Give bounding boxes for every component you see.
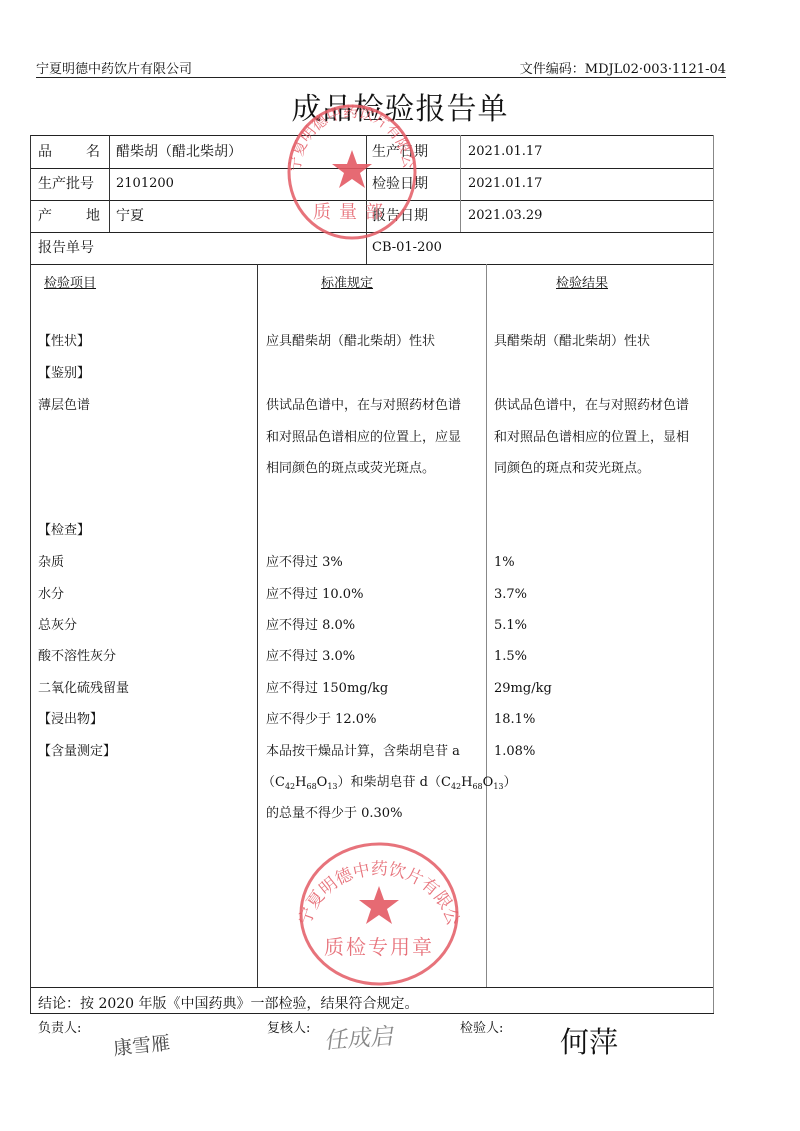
col-divider: [257, 264, 258, 987]
label-char: 名: [86, 144, 100, 160]
origin-label: 产 地: [38, 208, 100, 224]
page-title: 成品检验报告单: [0, 84, 800, 128]
subscript: 42: [451, 782, 461, 791]
label-char: 品: [38, 144, 52, 160]
standard-assay-line: 的总量不得少于 0.30%: [266, 806, 402, 822]
table-border-bottom: [30, 1013, 714, 1014]
standard-total-ash: 应不得过 8.0%: [266, 618, 355, 634]
text-part: H: [295, 775, 306, 790]
standard-tlc-line: 和对照品色谱相应的位置上，应显: [266, 430, 461, 446]
item-identification: 【鉴别】: [38, 366, 90, 382]
inspection-date-value: 2021.01.17: [468, 176, 542, 192]
stamp-center-text: 质检专用章: [324, 935, 434, 959]
stamp-ring-text: 宁夏明德中药饮片有限公司: [294, 836, 463, 928]
report-no-label: 报告单号: [38, 240, 94, 256]
result-moisture: 3.7%: [494, 587, 527, 603]
result-tlc-line: 同颜色的斑点和荧光斑点。: [494, 461, 650, 477]
row-divider: [30, 200, 714, 201]
result-appearance: 具醋柴胡（醋北柴胡）性状: [494, 334, 650, 350]
result-tlc-line: 和对照品色谱相应的位置上，显相: [494, 430, 689, 446]
batch-label: 生产批号: [38, 176, 94, 192]
result-acid-insoluble-ash: 1.5%: [494, 649, 527, 665]
result-impurity: 1%: [494, 555, 515, 571]
column-header-standard: 标准规定: [321, 272, 373, 291]
item-total-ash: 总灰分: [38, 618, 77, 634]
inspection-date-label: 检验日期: [372, 176, 428, 192]
column-header-item: 检验项目: [44, 272, 96, 291]
standard-moisture: 应不得过 10.0%: [266, 587, 363, 603]
col-divider: [486, 264, 487, 987]
result-extract: 18.1%: [494, 712, 535, 728]
header-divider: [36, 77, 726, 78]
result-total-ash: 5.1%: [494, 618, 527, 634]
table-border-left: [30, 135, 31, 1013]
result-so2-residue: 29mg/kg: [494, 681, 552, 697]
conclusion: 结论：按 2020 年版《中国药典》一部检验，结果符合规定。: [38, 993, 419, 1013]
svg-text:宁夏明德中药饮片有限公司: 宁夏明德中药饮片有限公司: [294, 836, 463, 928]
responsible-label: 负责人:: [38, 1017, 81, 1036]
text-part: ）: [504, 775, 517, 790]
table-border-top: [30, 135, 714, 136]
standard-tlc-line: 供试品色谱中，在与对照药材色谱: [266, 398, 461, 414]
subscript: 68: [306, 782, 316, 791]
table-border-right: [713, 135, 714, 1013]
standard-assay-line: 本品按干燥品计算，含柴胡皂苷 a: [266, 744, 460, 760]
text-part: O: [317, 775, 328, 790]
row-divider: [30, 987, 714, 988]
item-acid-insoluble-ash: 酸不溶性灰分: [38, 649, 116, 665]
col-divider: [109, 135, 110, 232]
report-date-label: 报告日期: [372, 208, 428, 224]
item-so2-residue: 二氧化硫残留量: [38, 681, 129, 697]
item-assay: 【含量测定】: [38, 744, 116, 760]
file-code: 文件编码：MDJL02·003·1121-04: [520, 58, 726, 77]
subscript: 13: [327, 782, 337, 791]
subscript: 68: [472, 782, 482, 791]
product-name-label: 品 名: [38, 144, 100, 160]
label-char: 产: [38, 208, 52, 224]
col-divider: [366, 135, 367, 264]
result-assay: 1.08%: [494, 744, 535, 760]
item-tlc: 薄层色谱: [38, 398, 90, 414]
col-divider: [460, 135, 461, 232]
standard-extract: 应不得少于 12.0%: [266, 712, 376, 728]
item-inspection: 【检查】: [38, 523, 90, 539]
inspector-signature: 何萍: [560, 1020, 618, 1061]
standard-impurity: 应不得过 3%: [266, 555, 343, 571]
standard-acid-insoluble-ash: 应不得过 3.0%: [266, 649, 355, 665]
row-divider: [30, 232, 714, 233]
row-divider: [30, 168, 714, 169]
product-name-value: 醋柴胡（醋北柴胡）: [116, 144, 242, 160]
company-name: 宁夏明德中药饮片有限公司: [36, 58, 192, 77]
standard-so2-residue: 应不得过 150mg/kg: [266, 681, 388, 697]
reviewer-signature: 任成启: [324, 1017, 398, 1055]
inspector-label: 检验人:: [460, 1017, 503, 1036]
star-icon: [359, 886, 399, 924]
standard-appearance: 应具醋柴胡（醋北柴胡）性状: [266, 334, 435, 350]
responsible-signature: 康雪雁: [112, 1028, 172, 1061]
subscript: 13: [493, 782, 503, 791]
text-part: ）和柴胡皂苷 d（C: [338, 775, 451, 790]
label-char: 地: [86, 208, 100, 224]
column-header-result: 检验结果: [556, 272, 608, 291]
quality-inspection-stamp: 宁夏明德中药饮片有限公司 质检专用章: [294, 836, 464, 986]
row-divider: [30, 264, 714, 265]
origin-value: 宁夏: [116, 208, 144, 224]
production-date-value: 2021.01.17: [468, 144, 542, 160]
report-no-value: CB-01-200: [372, 240, 442, 256]
item-appearance: 【性状】: [38, 334, 90, 350]
text-part: H: [461, 775, 472, 790]
standard-tlc-line: 相同颜色的斑点或荧光斑点。: [266, 461, 435, 477]
report-date-value: 2021.03.29: [468, 208, 542, 224]
result-tlc-line: 供试品色谱中，在与对照药材色谱: [494, 398, 689, 414]
item-impurity: 杂质: [38, 555, 64, 571]
item-extract: 【浸出物】: [38, 712, 103, 728]
item-moisture: 水分: [38, 587, 64, 603]
text-part: O: [483, 775, 494, 790]
production-date-label: 生产日期: [372, 144, 428, 160]
subscript: 42: [285, 782, 295, 791]
standard-assay-formula: （C42H68O13）和柴胡皂苷 d（C42H68O13）: [262, 775, 517, 795]
batch-value: 2101200: [116, 176, 174, 192]
text-part: （C: [262, 775, 285, 790]
reviewer-label: 复核人:: [267, 1017, 310, 1036]
